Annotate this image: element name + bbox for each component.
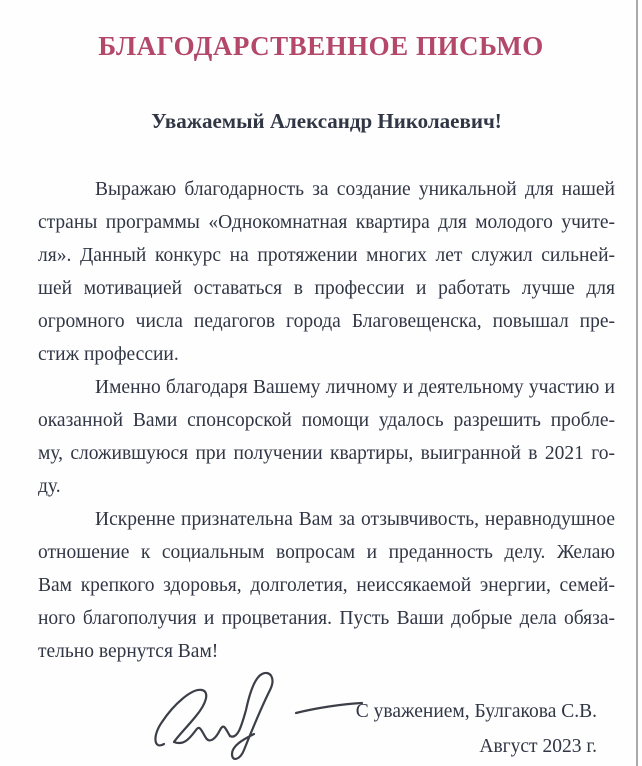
- body-line: Именно благодаря Вашему личному и деятел…: [38, 371, 615, 404]
- closing-line: С уважением, Булгакова С.В.: [356, 701, 597, 723]
- paragraph-1: Выражаю благодарность за создание уникал…: [38, 173, 615, 371]
- body-line: оказанной Вами спонсорской помощи удалос…: [38, 404, 615, 437]
- body-line: Вам крепкого здоровья, долголетия, неисс…: [38, 569, 615, 602]
- letter-body: Выражаю благодарность за создание уникал…: [38, 173, 615, 668]
- body-line: страны программы «Однокомнатная квартира…: [38, 206, 615, 239]
- body-line: огромного числа педагогов города Благове…: [38, 305, 615, 338]
- paragraph-3: Искренне признательна Вам за отзывчивост…: [38, 503, 615, 668]
- body-line: отношение к социальным вопросам и предан…: [38, 536, 615, 569]
- date-line: Август 2023 г.: [479, 736, 597, 758]
- body-line: ного благополучия и процветания. Пусть В…: [38, 602, 615, 635]
- letter-page: БЛАГОДАРСТВЕННОЕ ПИСЬМО Уважаемый Алекса…: [0, 0, 642, 766]
- body-line: му, сложившуюся при получении квартиры, …: [38, 437, 615, 470]
- signature-autograph-icon: [150, 666, 380, 766]
- body-line: тельно вернутся Вам!: [38, 635, 615, 668]
- body-line: стиж профессии.: [38, 338, 615, 371]
- letter-title: БЛАГОДАРСТВЕННОЕ ПИСЬМО: [0, 31, 642, 62]
- paragraph-2: Именно благодаря Вашему личному и деятел…: [38, 371, 615, 503]
- body-line: ду.: [38, 470, 615, 503]
- body-line: шей мотивацией оставаться в профессии и …: [38, 272, 615, 305]
- body-line: Искренне признательна Вам за отзывчивост…: [38, 503, 615, 536]
- salutation: Уважаемый Александр Николаевич!: [38, 109, 615, 134]
- body-line: Выражаю благодарность за создание уникал…: [38, 173, 615, 206]
- scan-edge-line: [636, 0, 638, 766]
- body-line: ля». Данный конкурс на протяжении многих…: [38, 239, 615, 272]
